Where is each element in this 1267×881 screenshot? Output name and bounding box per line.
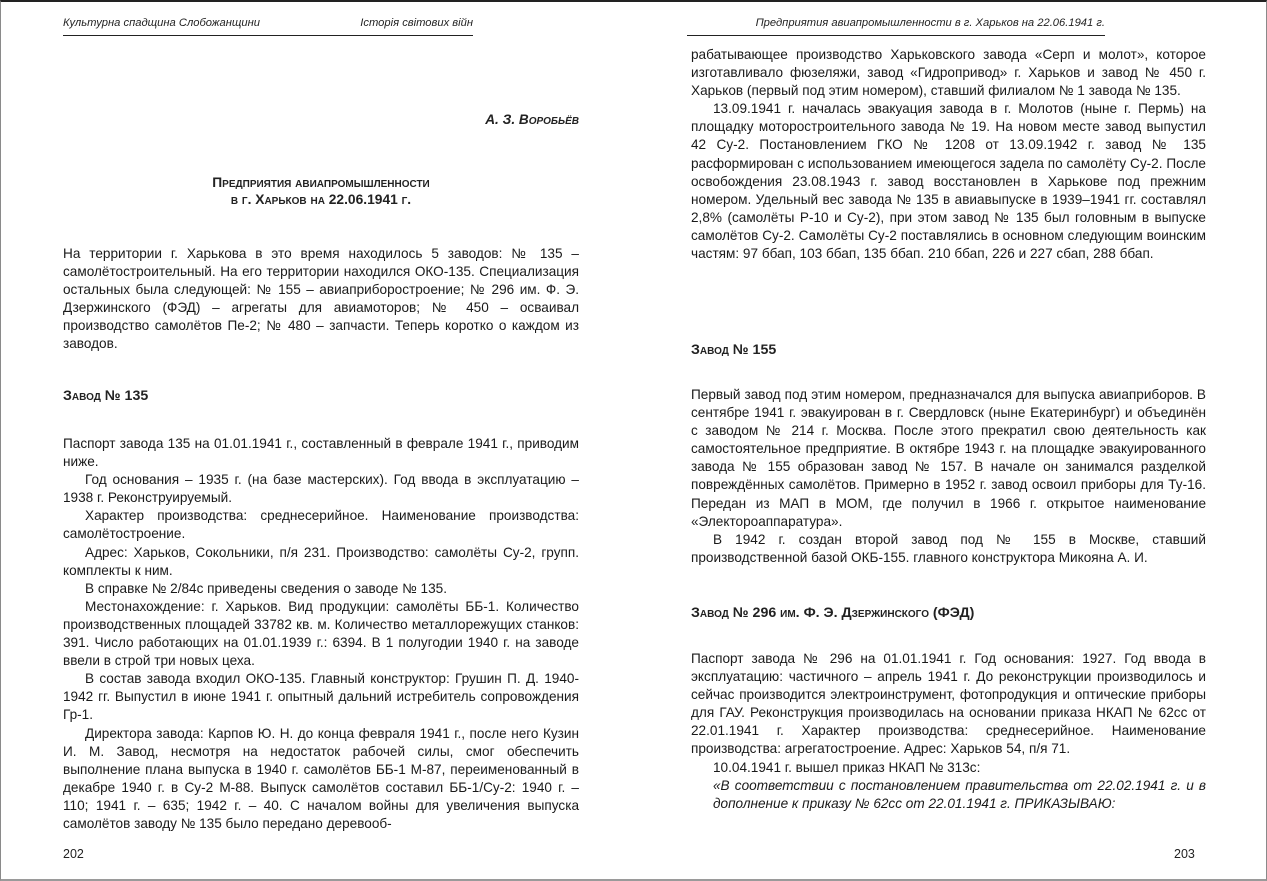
paragraph: В состав завода входил ОКО-135. Главный … (63, 670, 579, 724)
paragraph: Местонахождение: г. Харьков. Вид продукц… (63, 598, 579, 670)
paragraph: Характер производства: среднесерийное. Н… (63, 507, 579, 543)
article-title: Предприятия авиапромышленности в г. Харь… (63, 174, 579, 208)
paragraph: 13.09.1941 г. началась эвакуация завода … (691, 100, 1206, 263)
article-title-line-1: Предприятия авиапромышленности (63, 174, 579, 191)
plant-135-text: Паспорт завода 135 на 01.01.1941 г., сос… (63, 435, 579, 833)
plant-155-text: Первый завод под этим номером, предназна… (691, 386, 1206, 567)
plant-135-continuation: рабатывающее производство Харьковского з… (691, 46, 1206, 263)
right-page: Предприятия авиапромышленности в г. Харь… (634, 2, 1267, 881)
paragraph: рабатывающее производство Харьковского з… (691, 46, 1206, 100)
paragraph: Директора завода: Карпов Ю. Н. до конца … (63, 725, 579, 834)
page-number: 203 (1174, 847, 1195, 861)
intro-paragraph: На территории г. Харькова в это время на… (63, 245, 579, 354)
order-quote: «В соответствии с постановлением правите… (691, 777, 1206, 813)
paragraph: В справке № 2/84с приведены сведения о з… (63, 580, 579, 598)
page-number: 202 (63, 847, 84, 861)
section-heading-plant-155: Завод № 155 (691, 342, 776, 358)
paragraph: В 1942 г. создан второй завод под № 155 … (691, 531, 1206, 567)
paragraph: 10.04.1941 г. вышел приказ НКАП № 313с: (691, 759, 1206, 777)
section-title: Історія світових війн (360, 17, 473, 29)
plant-296-text: Паспорт завода № 296 на 01.01.1941 г. Го… (691, 650, 1206, 813)
paragraph: Год основания – 1935 г. (на базе мастерс… (63, 471, 579, 507)
article-title-line-2: в г. Харьков на 22.06.1941 г. (63, 191, 579, 208)
paragraph: Адрес: Харьков, Сокольники, п/я 231. Про… (63, 544, 579, 580)
section-heading-plant-296: Завод № 296 им. Ф. Э. Дзержинского (ФЭД) (691, 605, 974, 621)
paragraph: Первый завод под этим номером, предназна… (691, 386, 1206, 531)
book-spread: Культурна спадщина Слобожанщини Історія … (0, 0, 1267, 881)
journal-title: Культурна спадщина Слобожанщини (63, 17, 260, 29)
running-head-left-page: Культурна спадщина Слобожанщини Історія … (63, 17, 473, 36)
section-heading-plant-135: Завод № 135 (63, 388, 148, 404)
left-page: Культурна спадщина Слобожанщини Історія … (1, 2, 634, 881)
paragraph: Паспорт завода № 296 на 01.01.1941 г. Го… (691, 650, 1206, 759)
paragraph: Паспорт завода 135 на 01.01.1941 г., сос… (63, 435, 579, 471)
running-head-right-page: Предприятия авиапромышленности в г. Харь… (687, 17, 1105, 36)
article-running-title: Предприятия авиапромышленности в г. Харь… (756, 17, 1105, 29)
author-name: А. З. Воробьёв (63, 112, 579, 127)
